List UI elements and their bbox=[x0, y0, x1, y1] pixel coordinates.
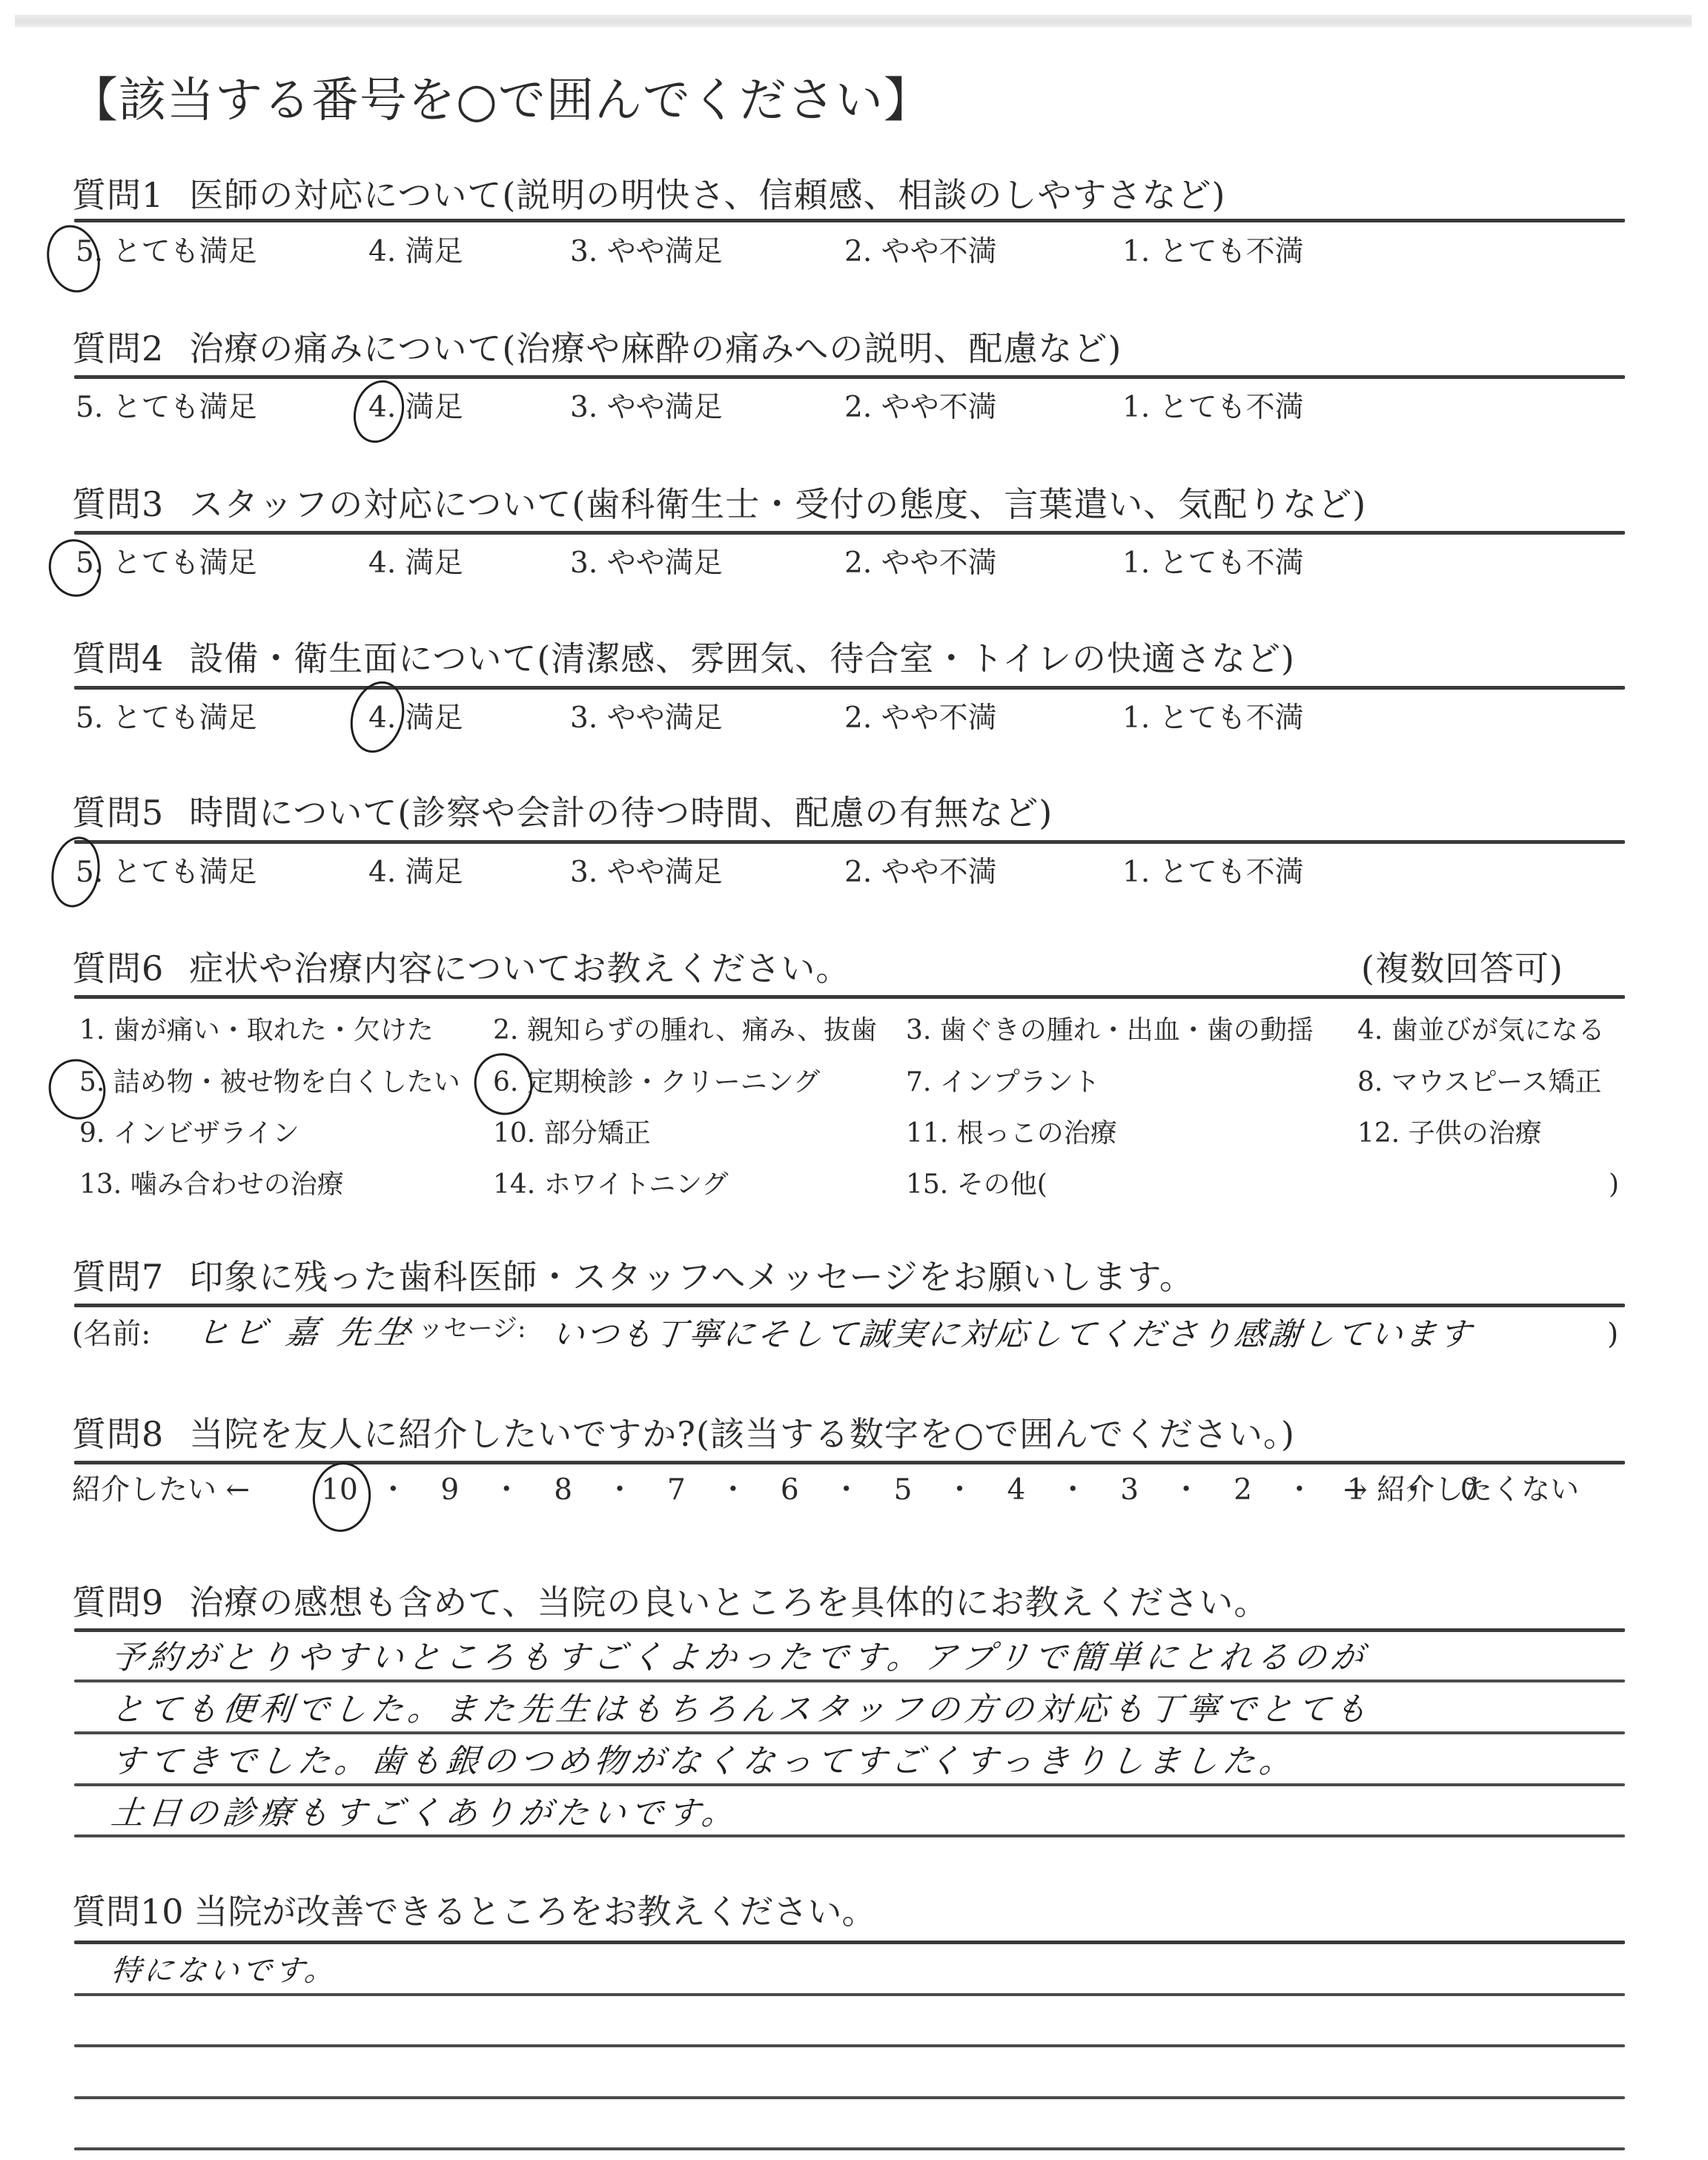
q4-option-1[interactable]: 1. とても不満 bbox=[1122, 701, 1304, 736]
q8-separator: ・ bbox=[1276, 1473, 1323, 1508]
q9-ruled-line bbox=[74, 1783, 1625, 1786]
question-4-text: 設備・衛生面について(清潔感、雰囲気、待合室・トイレの快適さなど) bbox=[189, 638, 1295, 678]
q8-scale-3[interactable]: 3 bbox=[1106, 1473, 1153, 1508]
page-title: 【該当する番号を○で囲んでください】 bbox=[70, 71, 932, 131]
q8-separator: ・ bbox=[483, 1473, 530, 1508]
question-5-heading: 質問5時間について(診察や会計の待つ時間、配慮の有無など) bbox=[72, 792, 1053, 833]
q5-option-5[interactable]: 5. とても満足 bbox=[76, 855, 257, 891]
q8-scale: 10 ・ 9 ・ 8 ・ 7 ・ 6 ・ 5 ・ 4 ・ 3 ・ 2 ・ 1 ・… bbox=[319, 1473, 1493, 1508]
q6-option-14[interactable]: 14. ホワイトニング bbox=[493, 1169, 728, 1201]
q6-option-4[interactable]: 4. 歯並びが気になる bbox=[1357, 1014, 1605, 1047]
q6-option-3[interactable]: 3. 歯ぐきの腫れ・出血・歯の動揺 bbox=[906, 1014, 1314, 1047]
q10-ruled-line bbox=[74, 2044, 1625, 2047]
q9-ruled-line bbox=[74, 1731, 1625, 1734]
question-7-rule bbox=[74, 1304, 1625, 1307]
q9-answer-line-1: 予約がとりやすいところもすごくよかったです。アプリで簡単にとれるのが bbox=[109, 1637, 1370, 1679]
q2-option-1[interactable]: 1. とても不満 bbox=[1122, 390, 1304, 426]
q3-option-5[interactable]: 5. とても満足 bbox=[76, 546, 257, 581]
question-4-rule bbox=[74, 686, 1625, 690]
q2-option-3[interactable]: 3. やや満足 bbox=[570, 390, 723, 426]
q6-option-1[interactable]: 1. 歯が痛い・取れた・欠けた bbox=[79, 1014, 434, 1047]
q6-option-5[interactable]: 5. 詰め物・被せ物を白くしたい bbox=[79, 1066, 460, 1099]
q3-option-2[interactable]: 2. やや不満 bbox=[844, 546, 997, 581]
q9-ruled-line bbox=[74, 1834, 1625, 1837]
q5-option-4[interactable]: 4. 満足 bbox=[368, 855, 463, 891]
q1-option-2[interactable]: 2. やや不満 bbox=[844, 234, 997, 270]
q2-option-4[interactable]: 4. 満足 bbox=[368, 390, 463, 426]
q1-option-5[interactable]: 5. とても満足 bbox=[76, 234, 257, 270]
q8-separator: ・ bbox=[709, 1473, 757, 1508]
q8-scale-10[interactable]: 10 bbox=[319, 1473, 360, 1508]
question-6-multiple-note: (複数回答可) bbox=[1361, 948, 1563, 989]
q8-separator: ・ bbox=[369, 1473, 417, 1508]
question-8-rule bbox=[74, 1461, 1625, 1464]
question-7-heading: 質問7印象に残った歯科医師・スタッフへメッセージをお願いします。 bbox=[72, 1256, 1194, 1298]
q8-scale-5[interactable]: 5 bbox=[879, 1473, 927, 1508]
q7-message-label: メッセージ: bbox=[393, 1311, 526, 1347]
q6-option-11[interactable]: 11. 根っこの治療 bbox=[906, 1117, 1117, 1150]
question-9-number: 質問9 bbox=[72, 1582, 164, 1622]
question-6-heading: 質問6症状や治療内容についてお教えください。 bbox=[72, 948, 850, 989]
question-6-number: 質問6 bbox=[72, 948, 164, 988]
q6-option-2[interactable]: 2. 親知らずの腫れ、痛み、抜歯 bbox=[493, 1014, 877, 1047]
q7-name-label: (名前: bbox=[72, 1317, 150, 1353]
question-6-rule bbox=[74, 995, 1625, 999]
question-7-text: 印象に残った歯科医師・スタッフへメッセージをお願いします。 bbox=[189, 1257, 1194, 1297]
question-5-number: 質問5 bbox=[72, 793, 164, 833]
q3-option-3[interactable]: 3. やや満足 bbox=[570, 546, 723, 581]
question-3-rule bbox=[74, 531, 1625, 535]
q1-option-1[interactable]: 1. とても不満 bbox=[1122, 234, 1304, 270]
question-4-heading: 質問4設備・衛生面について(清潔感、雰囲気、待合室・トイレの快適さなど) bbox=[72, 638, 1295, 679]
question-10-number: 質問10 bbox=[72, 1892, 184, 1932]
q8-separator: ・ bbox=[1049, 1473, 1096, 1508]
q8-separator: ・ bbox=[823, 1473, 870, 1508]
question-5-text: 時間について(診察や会計の待つ時間、配慮の有無など) bbox=[189, 793, 1053, 833]
q6-option-15-other[interactable]: 15. その他( bbox=[906, 1169, 1047, 1201]
q3-option-1[interactable]: 1. とても不満 bbox=[1122, 546, 1304, 581]
question-9-rule bbox=[74, 1628, 1625, 1632]
question-10-heading: 質問10当院が改善できるところをお教えください。 bbox=[72, 1891, 876, 1932]
question-4-number: 質問4 bbox=[72, 638, 164, 678]
q7-close-paren: ) bbox=[1607, 1317, 1618, 1353]
question-1-heading: 質問1医師の対応について(説明の明快さ、信頼感、相談のしやすさなど) bbox=[72, 174, 1225, 216]
q1-option-4[interactable]: 4. 満足 bbox=[368, 234, 463, 270]
question-6-text: 症状や治療内容についてお教えください。 bbox=[189, 948, 850, 988]
q4-option-3[interactable]: 3. やや満足 bbox=[570, 701, 723, 736]
q4-option-2[interactable]: 2. やや不満 bbox=[844, 701, 997, 736]
question-8-text: 当院を友人に紹介したいですか?(該当する数字を○で囲んでください。) bbox=[189, 1414, 1295, 1454]
q9-answer-line-4: 土日の診療もすごくありがたいです。 bbox=[109, 1793, 741, 1834]
q8-scale-6[interactable]: 6 bbox=[766, 1473, 813, 1508]
q8-scale-7[interactable]: 7 bbox=[652, 1473, 700, 1508]
q6-option-13[interactable]: 13. 噛み合わせの治療 bbox=[79, 1169, 344, 1201]
q7-message-value[interactable]: いつも丁寧にそして誠実に対応してくださり感謝しています bbox=[550, 1314, 1475, 1355]
question-9-text: 治療の感想も含めて、当院の良いところを具体的にお教えください。 bbox=[189, 1582, 1268, 1622]
question-8-number: 質問8 bbox=[72, 1414, 164, 1454]
question-1-text: 医師の対応について(説明の明快さ、信頼感、相談のしやすさなど) bbox=[189, 175, 1225, 215]
q6-option-12[interactable]: 12. 子供の治療 bbox=[1357, 1117, 1542, 1150]
question-3-text: スタッフの対応について(歯科衛生士・受付の態度、言葉遣い、気配りなど) bbox=[189, 484, 1366, 524]
question-2-text: 治療の痛みについて(治療や麻酔の痛みへの説明、配慮など) bbox=[189, 328, 1122, 369]
q8-right-label: → 紹介したくない bbox=[1343, 1473, 1579, 1508]
q2-option-2[interactable]: 2. やや不満 bbox=[844, 390, 997, 426]
q6-option-10[interactable]: 10. 部分矯正 bbox=[493, 1117, 651, 1150]
q5-option-2[interactable]: 2. やや不満 bbox=[844, 855, 997, 891]
question-9-heading: 質問9治療の感想も含めて、当院の良いところを具体的にお教えください。 bbox=[72, 1582, 1268, 1623]
q6-option-8[interactable]: 8. マウスピース矯正 bbox=[1357, 1066, 1601, 1099]
q8-separator: ・ bbox=[936, 1473, 983, 1508]
question-10-rule bbox=[74, 1941, 1625, 1944]
q1-option-3[interactable]: 3. やや満足 bbox=[570, 234, 723, 270]
q6-option-9[interactable]: 9. インビザライン bbox=[79, 1117, 299, 1150]
question-3-heading: 質問3スタッフの対応について(歯科衛生士・受付の態度、言葉遣い、気配りなど) bbox=[72, 483, 1366, 525]
question-2-number: 質問2 bbox=[72, 328, 164, 369]
question-8-heading: 質問8当院を友人に紹介したいですか?(該当する数字を○で囲んでください。) bbox=[72, 1413, 1295, 1455]
q4-option-4[interactable]: 4. 満足 bbox=[368, 701, 463, 736]
q7-name-value[interactable]: ヒビ 嘉 先生 bbox=[194, 1312, 414, 1354]
q8-scale-4[interactable]: 4 bbox=[993, 1473, 1040, 1508]
q10-ruled-line bbox=[74, 1993, 1625, 1996]
q10-ruled-line bbox=[74, 2147, 1625, 2150]
q6-other-close-paren: ) bbox=[1609, 1169, 1619, 1201]
q5-option-3[interactable]: 3. やや満足 bbox=[570, 855, 723, 891]
question-10-text: 当院が改善できるところをお教えください。 bbox=[194, 1892, 876, 1932]
q8-left-label: 紹介したい ← bbox=[72, 1473, 250, 1508]
q8-separator: ・ bbox=[596, 1473, 643, 1508]
q9-ruled-line bbox=[74, 1680, 1625, 1682]
question-5-rule bbox=[74, 840, 1625, 844]
question-1-rule bbox=[74, 219, 1625, 222]
q5-option-1[interactable]: 1. とても不満 bbox=[1122, 855, 1304, 891]
question-3-number: 質問3 bbox=[72, 484, 164, 524]
question-1-number: 質問1 bbox=[72, 175, 164, 215]
q6-option-6[interactable]: 6. 定期検診・クリーニング bbox=[493, 1066, 820, 1099]
q2-option-5[interactable]: 5. とても満足 bbox=[76, 390, 257, 426]
q8-separator: ・ bbox=[1162, 1473, 1210, 1508]
question-2-rule bbox=[74, 375, 1625, 379]
q10-answer-line-1: 特にないです。 bbox=[109, 1950, 340, 1992]
question-2-heading: 質問2治療の痛みについて(治療や麻酔の痛みへの説明、配慮など) bbox=[72, 328, 1122, 369]
q4-option-5[interactable]: 5. とても満足 bbox=[76, 701, 257, 736]
q10-ruled-line bbox=[74, 2096, 1625, 2099]
q9-answer-line-2: とても便利でした。また先生はもちろんスタッフの方の対応も丁寧でとても bbox=[109, 1689, 1374, 1731]
q8-scale-8[interactable]: 8 bbox=[540, 1473, 587, 1508]
scan-edge-band bbox=[15, 15, 1692, 27]
question-7-number: 質問7 bbox=[72, 1257, 164, 1297]
q8-scale-9[interactable]: 9 bbox=[426, 1473, 474, 1508]
q6-option-7[interactable]: 7. インプラント bbox=[906, 1066, 1100, 1099]
q9-answer-line-3: すてきでした。歯も銀のつめ物がなくなってすごくすっきりしました。 bbox=[109, 1741, 1299, 1783]
q8-scale-2[interactable]: 2 bbox=[1219, 1473, 1267, 1508]
q3-option-4[interactable]: 4. 満足 bbox=[368, 546, 463, 581]
